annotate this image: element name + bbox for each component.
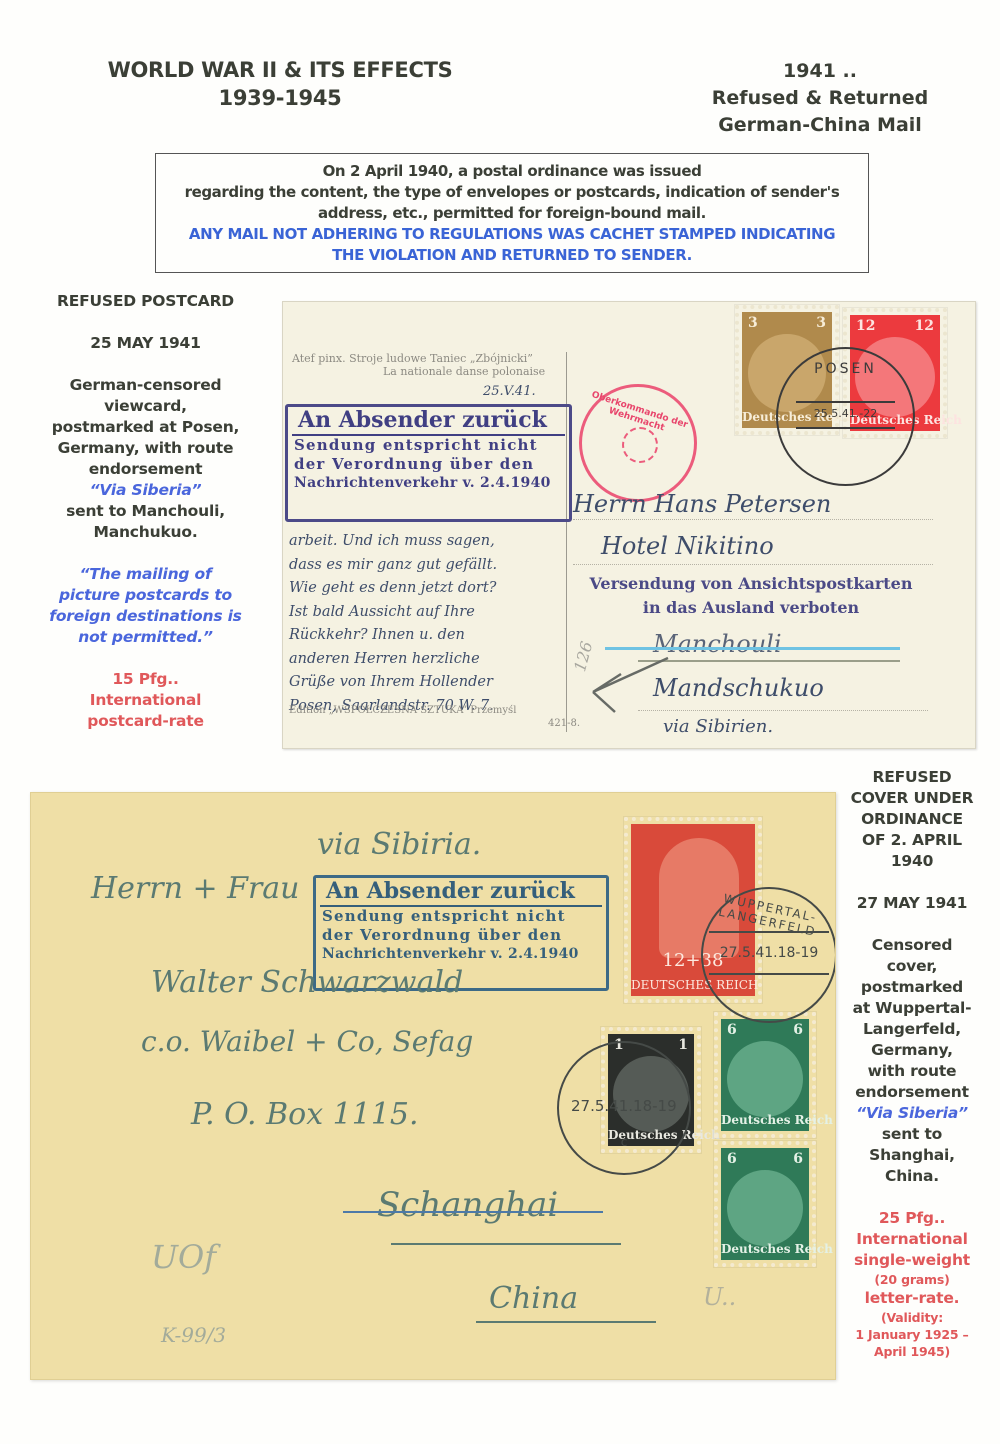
postmark-date: 25.5.41.-22	[778, 407, 913, 420]
heading-line: REFUSED	[842, 767, 982, 788]
caption-line: Langerfeld,	[842, 1019, 982, 1040]
address-rule	[573, 564, 933, 565]
cachet-line: Sendung entspricht nicht	[316, 907, 606, 926]
info-line: On 2 April 1940, a postal ordinance was …	[156, 161, 868, 182]
address-line: Herrn + Frau	[91, 871, 300, 906]
validity-line: 1 January 1925 –	[842, 1326, 982, 1343]
underline-mark	[476, 1321, 656, 1323]
postmark-town: WUPPERTAL-LANGERFELD	[702, 888, 836, 943]
cachet-line: Nachrichtenverkehr v. 2.4.1940	[288, 474, 569, 493]
message-line: arbeit. Und ich muss sagen,	[289, 530, 569, 554]
stamp-value: 3	[816, 315, 826, 331]
stamp-label: Deutsches Reich	[721, 1113, 809, 1127]
caption-date: 27 MAY 1941	[842, 893, 982, 914]
address-line: Mandschukuo	[653, 674, 824, 702]
pencil-note: K-99/3	[161, 1323, 226, 1347]
stamp-value: 1	[678, 1037, 688, 1053]
page-subtitle: 1941 .. Refused & Returned German-China …	[700, 58, 940, 139]
info-highlight-line: THE VIOLATION AND RETURNED TO SENDER.	[156, 245, 868, 266]
validity-line: (Validity:	[842, 1309, 982, 1326]
rate-weight: (20 grams)	[842, 1271, 982, 1288]
quote-line: picture postcards to	[38, 585, 253, 606]
heading-line: ORDINANCE	[842, 809, 982, 830]
wuppertal-postmark: WUPPERTAL-LANGERFELD 27.5.41.18-19	[701, 887, 836, 1023]
postcard-image: Atef pinx. Stroje ludowe Taniec „Zbójnic…	[282, 301, 976, 749]
postcard-print-subtitle: La nationale danse polonaise	[383, 365, 545, 378]
caption-line: sent to	[842, 1124, 982, 1145]
caption-line: sent to Manchouli,	[38, 501, 253, 522]
stamp-value: 6	[793, 1151, 803, 1167]
rate-type: letter-rate.	[842, 1288, 982, 1309]
caption-line: Manchukuo.	[38, 522, 253, 543]
address-line: P. O. Box 1115.	[191, 1097, 419, 1132]
rate-line: 15 Pfg..	[38, 669, 253, 690]
info-highlight-line: ANY MAIL NOT ADHERING TO REGULATIONS WAS…	[156, 224, 868, 245]
message-line: Wie geht es denn jetzt dort?	[289, 577, 569, 601]
info-line: address, etc., permitted for foreign-bou…	[156, 203, 868, 224]
exhibit-title: WORLD WAR II & ITS EFFECTS 1939-1945	[95, 56, 465, 112]
stamp-value: 6	[793, 1022, 803, 1038]
message-line: anderen Herren herzliche	[289, 648, 569, 672]
caption-description: Censored cover, postmarked at Wuppertal-…	[842, 935, 982, 1187]
violation-line: in das Ausland verboten	[581, 596, 921, 620]
posen-postmark: POSEN 25.5.41.-22	[776, 347, 915, 486]
caption-route: “Via Siberia”	[842, 1103, 982, 1124]
caption-line: viewcard,	[38, 396, 253, 417]
caption-line: postmarked at Posen,	[38, 417, 253, 438]
caption-date: 25 MAY 1941	[38, 333, 253, 354]
message-line: Rückkehr? Ihnen u. den	[289, 624, 569, 648]
rate-line: 25 Pfg..	[842, 1208, 982, 1229]
caption-line: postmarked	[842, 977, 982, 998]
caption-heading: REFUSED POSTCARD	[38, 291, 253, 312]
postmark-bar	[796, 427, 895, 429]
cachet-heading: An Absender zurück	[292, 407, 565, 436]
address-line: Herrn Hans Petersen	[573, 490, 831, 518]
exhibit-years: 1939-1945	[95, 84, 465, 112]
caption-line: Germany, with route	[38, 438, 253, 459]
heading-line: OF 2. APRIL	[842, 830, 982, 851]
caption-quote: “The mailing of picture postcards to for…	[38, 564, 253, 648]
caption-rate: 25 Pfg.. International single-weight (20…	[842, 1208, 982, 1360]
message-line: Ist bald Aussicht auf Ihre	[289, 601, 569, 625]
hindenburg-portrait-icon	[727, 1170, 803, 1246]
caption-line: with route	[842, 1061, 982, 1082]
caption-line: endorsement	[38, 459, 253, 480]
postmark-town: POSEN	[778, 361, 913, 377]
caption-line: endorsement	[842, 1082, 982, 1103]
address-line: via Sibirien.	[663, 716, 773, 737]
address-rule	[573, 519, 933, 520]
stamp-value: 12	[915, 318, 934, 334]
cover-envelope-image: via Sibiria. Herrn + Frau An Absender zu…	[30, 792, 836, 1380]
stamp-6-pfennig: 6 6 Deutsches Reich	[714, 1012, 816, 1138]
caption-line: Censored	[842, 935, 982, 956]
rate-line: International	[842, 1229, 982, 1250]
postmark-bar	[709, 931, 829, 933]
stamp-value: 6	[727, 1022, 737, 1038]
caption-rate: 15 Pfg.. International postcard-rate	[38, 669, 253, 732]
rate-line: single-weight	[842, 1250, 982, 1271]
caption-route: “Via Siberia”	[38, 480, 253, 501]
subtitle-line-2: German-China Mail	[700, 112, 940, 139]
country-line: China	[489, 1281, 578, 1316]
caption-line: at Wuppertal-	[842, 998, 982, 1019]
address-line: Hotel Nikitino	[601, 532, 774, 560]
postmark-date: 27.5.41.18-19	[571, 1097, 677, 1115]
postmark-letter: c	[559, 1135, 689, 1149]
postmark-bar	[709, 973, 829, 975]
address-rule	[638, 660, 900, 662]
return-to-sender-cachet: An Absender zurück Sendung entspricht ni…	[285, 404, 572, 522]
cachet-line: Nachrichtenverkehr v. 2.4.1940	[316, 945, 606, 964]
edition-number: 421-8.	[548, 718, 580, 729]
violation-line: Versendung von Ansichtspostkarten	[581, 572, 921, 596]
info-line: regarding the content, the type of envel…	[156, 182, 868, 203]
cover-caption: REFUSED COVER UNDER ORDINANCE OF 2. APRI…	[842, 767, 982, 1360]
hindenburg-portrait-icon	[727, 1041, 803, 1117]
postcard-caption: REFUSED POSTCARD 25 MAY 1941 German-cens…	[38, 291, 253, 732]
stamp-value: 3	[748, 315, 758, 331]
address-rule	[638, 710, 928, 711]
quote-line: foreign destinations is	[38, 606, 253, 627]
caption-line: Shanghai,	[842, 1145, 982, 1166]
address-line: c.o. Waibel + Co, Sefag	[141, 1025, 473, 1058]
censor-mark: Oberkommando der Wehrmacht	[579, 384, 697, 502]
caption-line: Germany,	[842, 1040, 982, 1061]
edition-text: Edition „WSPÓŁCZESNA SZTUKA” Przemyśl	[289, 705, 516, 716]
message-line: dass es mir ganz gut gefällt.	[289, 554, 569, 578]
rate-line: International	[38, 690, 253, 711]
route-note: via Sibiria.	[317, 827, 481, 862]
caption-description: German-censored viewcard, postmarked at …	[38, 375, 253, 543]
message-line: Grüße von Ihrem Hollender	[289, 671, 569, 695]
eagle-emblem-icon	[622, 427, 658, 463]
cachet-line: der Verordnung über den	[288, 455, 569, 474]
quote-line: not permitted.”	[38, 627, 253, 648]
caption-line: China.	[842, 1166, 982, 1187]
rate-line: postcard-rate	[38, 711, 253, 732]
strike-through-line	[605, 647, 900, 650]
stamp-value: 12	[856, 318, 875, 334]
underline-mark	[391, 1243, 621, 1245]
cachet-line: Sendung entspricht nicht	[288, 436, 569, 455]
pencil-note: UOf	[151, 1238, 216, 1276]
caption-line: cover,	[842, 956, 982, 977]
violation-stamp: Versendung von Ansichtspostkarten in das…	[581, 572, 921, 620]
postmark-date: 27.5.41.18-19	[703, 945, 835, 961]
strike-through-line	[343, 1211, 603, 1213]
stamp-value: 6	[727, 1151, 737, 1167]
cachet-heading: An Absender zurück	[320, 878, 602, 907]
quote-line: “The mailing of	[38, 564, 253, 585]
caption-line: German-censored	[38, 375, 253, 396]
postmark-bar	[796, 401, 895, 403]
postcard-print-title: Atef pinx. Stroje ludowe Taniec „Zbójnic…	[292, 352, 533, 365]
stamp-label: Deutsches Reich	[721, 1242, 809, 1256]
ordinance-info-box: On 2 April 1940, a postal ordinance was …	[155, 153, 869, 273]
cachet-line: der Verordnung über den	[316, 926, 606, 945]
exhibit-title-line: WORLD WAR II & ITS EFFECTS	[95, 56, 465, 84]
stamp-6-pfennig: 6 6 Deutsches Reich	[714, 1141, 816, 1267]
heading-line: COVER UNDER	[842, 788, 982, 809]
address-line: Walter Schwarzwald	[151, 965, 463, 1000]
caption-heading: REFUSED COVER UNDER ORDINANCE OF 2. APRI…	[842, 767, 982, 872]
heading-line: 1940	[842, 851, 982, 872]
struck-destination: Schanghai	[377, 1185, 558, 1225]
handwritten-message: arbeit. Und ich muss sagen, dass es mir …	[289, 530, 569, 718]
validity-line: April 1945)	[842, 1343, 982, 1360]
postcard-written-date: 25.V.41.	[483, 384, 536, 399]
subtitle-year: 1941 ..	[700, 58, 940, 85]
pencil-note: U..	[703, 1283, 736, 1311]
subtitle-line-1: Refused & Returned	[700, 85, 940, 112]
wuppertal-postmark: 27.5.41.18-19 c	[557, 1041, 691, 1175]
